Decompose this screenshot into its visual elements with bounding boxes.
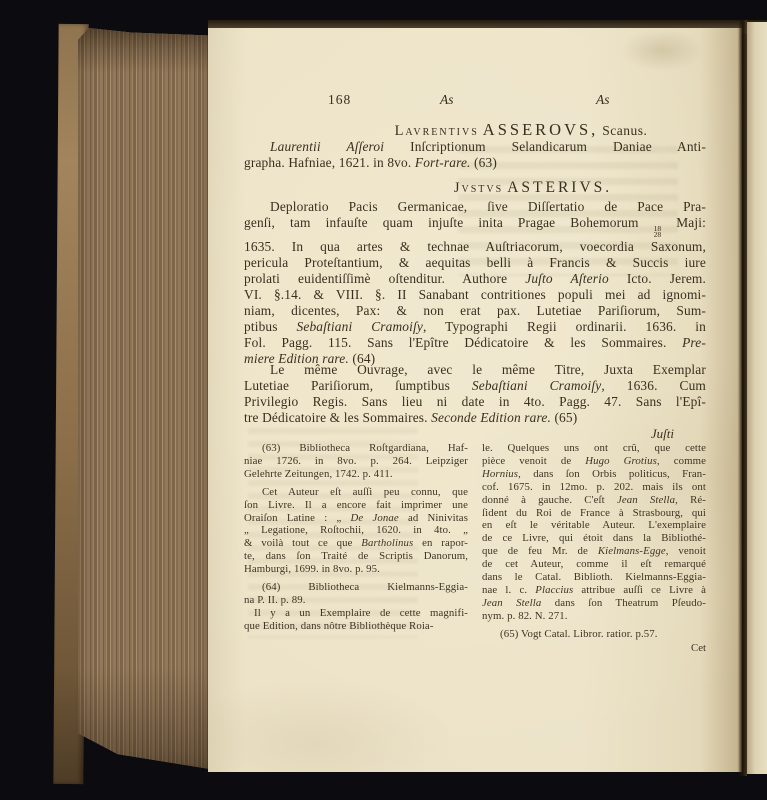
text-line: tre Dédicatoire & les Sommaires. Seconde… (244, 410, 706, 426)
text-line: „ Legatione, Roſtochii, 1620. in 4to. „ (244, 524, 468, 537)
text-line: Cet Auteur eſt auſſi peu connu, que (244, 486, 468, 499)
date-fraction: 1828 (654, 226, 662, 240)
book-scan-photo: 168 As As Lavrentivs ASSEROVS, Scanus. L… (0, 0, 767, 800)
author-surname: ASTERIVS. (507, 179, 612, 196)
footnote-right-text: le. Quelques uns ont crû, que cettepièce… (482, 442, 706, 641)
text-line: prolati euidentiſſimè oſtenditur. Author… (244, 271, 706, 287)
author-forename: Jvstvs (454, 180, 503, 196)
text-segment: Hugo Grotius (585, 455, 657, 467)
text-line: nym. p. 82. N. 271. (482, 610, 706, 623)
text-line: ſident du Roi de France à Strasbourg, qu… (482, 507, 706, 520)
footnotes-section: (63) Bibliotheca Roſtgardiana, Haf-niae … (244, 442, 706, 655)
text-line: & voilà tout ce que Bartholinus en rapor… (244, 537, 468, 550)
text-line: Hornius, dans ſon Orbis politicus, Fran- (482, 468, 706, 481)
text-line: dans le Catal. Biblioth. Kielmanns-Eggia… (482, 571, 706, 584)
running-head: 168 As As (244, 92, 706, 110)
entry-asterius-paragraph-2: Le même Ouvrage, avec le même Titre, Jux… (244, 362, 706, 426)
text-line: Jean Stella dans ſon Theatrum Pſeudo- (482, 597, 706, 610)
text-line: de ce Livre, qui étoit dans la Bibliothé… (482, 532, 706, 545)
text-line: nae l. c. Placcius attribue auſſi ce Liv… (482, 584, 706, 597)
text-segment: Bartholinus (361, 537, 413, 549)
entry-asterius-paragraph-1: Deploratio Pacis Germanicae, ſive Diſſer… (244, 199, 706, 367)
text-line: le. Quelques uns ont crû, que cette (482, 442, 706, 455)
text-line: niae 1726. in 8vo. p. 264. Leipziger (244, 455, 468, 468)
text-line: cof. 1675. in 12mo. p. 202. mais ils ont (482, 481, 706, 494)
text-segment: Placcius (535, 584, 573, 596)
text-line: que de feu Mr. de Kielmans-Egge, venoit (482, 545, 706, 558)
text-segment: Laurentii Aſſeroi (270, 139, 384, 154)
text-line: Lutetiae Pariſiorum, ſumptibus Sebaſtian… (244, 378, 706, 394)
text-segment: Fort-rare. (415, 155, 471, 170)
catchword-cet: Cet (482, 642, 706, 655)
text-line: Oraiſon Latine : „ De Jonae ad Ninivitas (244, 512, 468, 525)
text-line: pericula Proteſtantium, & aequitas belli… (244, 255, 706, 271)
page-number: 168 (328, 92, 351, 108)
entry-heading-asserous: Lavrentivs ASSEROVS, Scanus. (244, 120, 752, 140)
text-segment: Hornius (482, 468, 518, 480)
text-segment: Jean Stella (617, 494, 675, 506)
text-line: te, dans ſon Traité de Scriptis Danorum, (244, 550, 468, 563)
text-line: Deploratio Pacis Germanicae, ſive Diſſer… (244, 199, 706, 215)
text-line: Le même Ouvrage, avec le même Titre, Jux… (244, 362, 706, 378)
text-line: Laurentii Aſſeroi Inſcriptionum Selandic… (244, 139, 706, 155)
next-page-sliver (747, 22, 767, 774)
book-gutter-shadow (738, 20, 747, 776)
text-segment: Sebaſtiani Cramoiſy (297, 319, 423, 334)
text-line: (63) Bibliotheca Roſtgardiana, Haf- (244, 442, 468, 455)
text-line: que Edition, dans nôtre Bibliothèque Roi… (244, 620, 468, 633)
entry-asserous-paragraph: Laurentii Aſſeroi Inſcriptionum Selandic… (244, 139, 706, 171)
book-fore-edge-pages (78, 28, 210, 772)
author-forename: Lavrentivs (395, 123, 479, 139)
text-line: VI. §.14. & VIII. §. II Sanabant contrit… (244, 287, 706, 303)
text-segment: De Jonae (351, 512, 399, 524)
text-segment: Sebaſtiani Cramoiſy (472, 378, 601, 393)
text-segment: Seconde Edition rare. (431, 410, 551, 425)
text-line: Il y a un Exemplaire de cette magnifi- (244, 607, 468, 620)
text-line: grapha. Hafniae, 1621. in 8vo. Fort-rare… (244, 155, 706, 171)
text-line: de cet Auteur, comme il eſt remarqué (482, 558, 706, 571)
text-line: ſon Livre. Il a encore fait imprimer une (244, 499, 468, 512)
text-line: pièce venoit de Hugo Grotius, comme (482, 455, 706, 468)
text-segment: Pre- (682, 335, 706, 350)
author-surname: ASSEROVS, (483, 120, 599, 139)
text-line: (65) Vogt Catal. Libror. ratior. p.57. (482, 628, 706, 641)
footnote-column-left: (63) Bibliotheca Roſtgardiana, Haf-niae … (244, 442, 468, 655)
text-line: ptibus Sebaſtiani Cramoiſy, Typographi R… (244, 319, 706, 335)
author-epithet: Scanus. (602, 123, 647, 138)
text-line: Privilegio Regis. Sans lieu ni date in 4… (244, 394, 706, 410)
text-segment: Juſto Aſterio (525, 271, 609, 286)
text-line: Gelehrte Zeitungen, 1742. p. 411. (244, 468, 468, 481)
footnote-column-right: le. Quelques uns ont crû, que cettepièce… (482, 442, 706, 655)
text-line: 1635. In qua artes & technae Auſtriacoru… (244, 239, 706, 255)
entry-heading-asterius: Jvstvs ASTERIVS. (244, 179, 764, 197)
catchword-justi: Juſti (651, 426, 674, 442)
text-line: niam, dicentes, Pax: & non erat pax. Lut… (244, 303, 706, 319)
running-title-right: As (596, 92, 610, 108)
text-line: en eſt le véritable Auteur. L'exemplaire (482, 519, 706, 532)
text-line: Fol. Pagg. 115. Sans l'Epître Dédicatoir… (244, 335, 706, 351)
text-line: genſi, tam infauſte quam injuſte inita P… (244, 215, 706, 239)
text-line: donné à gauche. C'eſt Jean Stella, Ré- (482, 494, 706, 507)
running-title-left: As (440, 92, 454, 108)
text-segment: Jean Stella (482, 597, 541, 609)
text-line: (64) Bibliotheca Kielmanns-Eggia- (244, 581, 468, 594)
text-line: na P. II. p. 89. (244, 594, 468, 607)
text-segment: Kielmans-Egge (598, 545, 666, 557)
book-page: 168 As As Lavrentivs ASSEROVS, Scanus. L… (208, 28, 742, 772)
text-line: Hamburgi, 1699. in 8vo. p. 95. (244, 563, 468, 576)
